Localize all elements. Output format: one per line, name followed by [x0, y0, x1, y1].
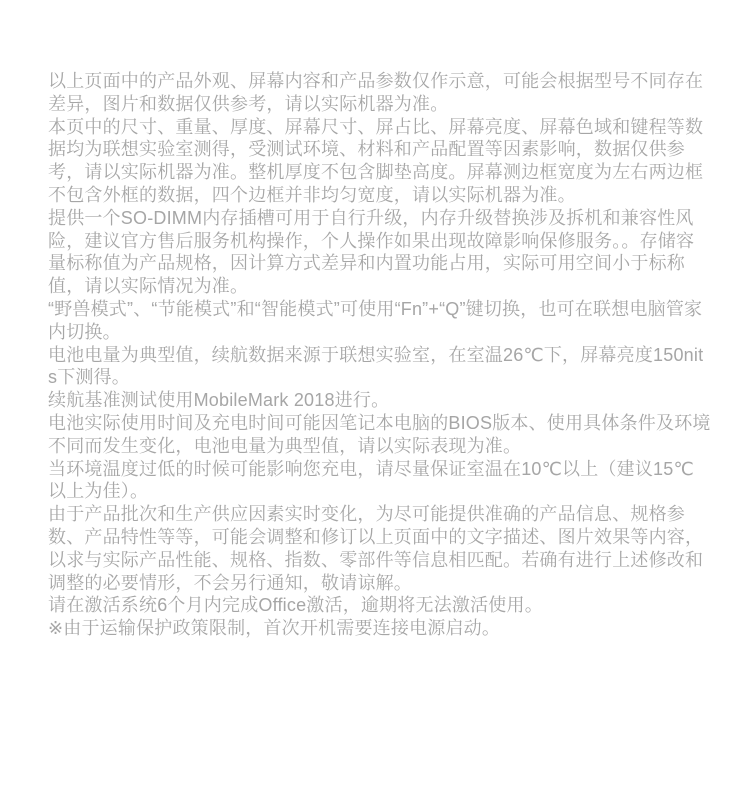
disclaimer-paragraph: 请在激活系统6个月内完成Office激活，逾期将无法激活使用。: [48, 594, 712, 617]
disclaimer-paragraph: “野兽模式”、“节能模式”和“智能模式”可使用“Fn”+“Q”键切换，也可在联想…: [48, 298, 712, 344]
disclaimer-paragraph: 续航基准测试使用MobileMark 2018进行。: [48, 389, 712, 412]
disclaimer-paragraph: 电池实际使用时间及充电时间可能因笔记本电脑的BIOS版本、使用具体条件及环境不同…: [48, 412, 712, 458]
disclaimer-paragraph: 以上页面中的产品外观、屏幕内容和产品参数仅作示意，可能会根据型号不同存在差异，图…: [48, 70, 712, 116]
disclaimer-paragraph: 电池电量为典型值，续航数据来源于联想实验室，在室温26℃下，屏幕亮度150nit…: [48, 344, 712, 390]
disclaimer-paragraphs: 以上页面中的产品外观、屏幕内容和产品参数仅作示意，可能会根据型号不同存在差异，图…: [48, 70, 712, 640]
disclaimer-section: 以上页面中的产品外观、屏幕内容和产品参数仅作示意，可能会根据型号不同存在差异，图…: [0, 0, 750, 640]
disclaimer-paragraph: 提供一个SO-DIMM内存插槽可用于自行升级，内存升级替换涉及拆机和兼容性风险，…: [48, 207, 712, 298]
disclaimer-paragraph: ※由于运输保护政策限制，首次开机需要连接电源启动。: [48, 617, 712, 640]
disclaimer-paragraph: 当环境温度过低的时候可能影响您充电，请尽量保证室温在10℃以上（建议15℃以上为…: [48, 458, 712, 504]
disclaimer-paragraph: 本页中的尺寸、重量、厚度、屏幕尺寸、屏占比、屏幕亮度、屏幕色域和键程等数据均为联…: [48, 116, 712, 207]
disclaimer-paragraph: 由于产品批次和生产供应因素实时变化，为尽可能提供准确的产品信息、规格参数、产品特…: [48, 503, 712, 594]
